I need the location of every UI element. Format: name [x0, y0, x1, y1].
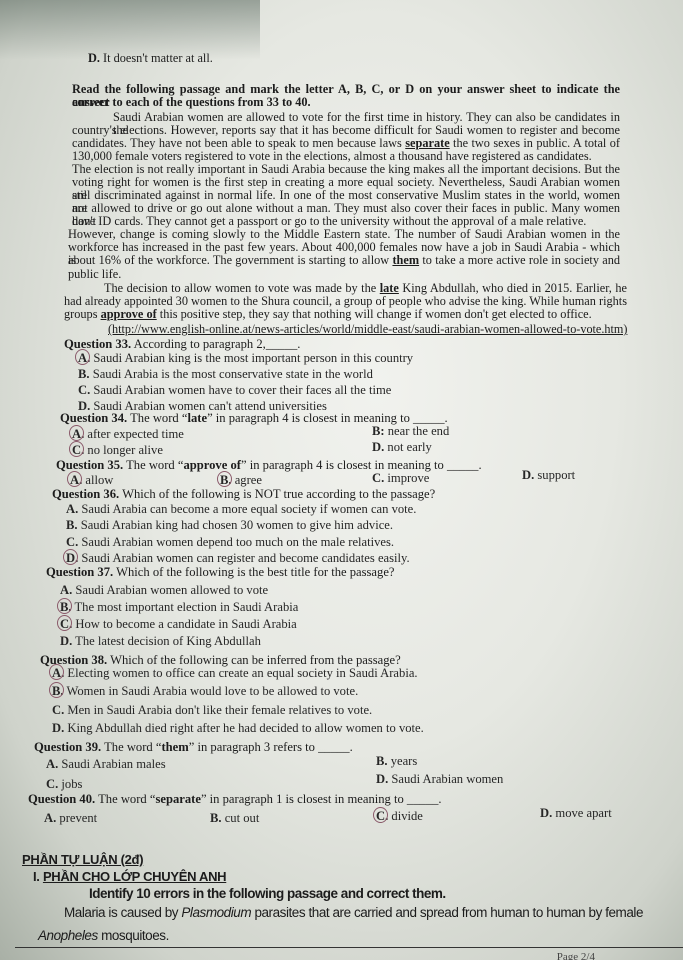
question-40-option-c[interactable]: C. divide	[376, 810, 423, 823]
question-40-option-a[interactable]: A. prevent	[44, 812, 97, 825]
essay-heading: PHẦN TỰ LUẬN (2đ)	[22, 853, 143, 866]
question-34-option-b[interactable]: B: near the end	[372, 425, 449, 438]
option-text: Saudi Arabia can become a more equal soc…	[78, 502, 416, 516]
question-36-option-a[interactable]: A. Saudi Arabia can become a more equal …	[66, 503, 416, 516]
italic-term: Anopheles	[38, 928, 98, 943]
text: the two sexes in public. A total of	[450, 136, 620, 150]
question-text: The word “	[127, 411, 187, 425]
option-text: Saudi Arabian women can register and bec…	[78, 551, 409, 565]
question-number: Question 34.	[60, 411, 127, 425]
question-39-option-d[interactable]: D. Saudi Arabian women	[376, 773, 503, 786]
pen-circled-letter: C.	[376, 809, 388, 823]
essay-subheading: I. PHẦN CHO LỚP CHUYÊN ANH	[33, 870, 226, 883]
question-36-stem: Question 36. Which of the following is N…	[52, 488, 435, 501]
highlighted-word: separate	[405, 136, 449, 150]
option-letter: D.	[60, 634, 72, 648]
text: The decision to allow women to vote was …	[104, 281, 380, 295]
option-letter: C.	[52, 703, 64, 717]
question-39-option-b[interactable]: B. years	[376, 755, 417, 768]
text: to take a more active role in society an…	[419, 253, 620, 267]
option-text: move apart	[552, 806, 611, 820]
keyword: them	[161, 740, 188, 754]
pen-circled-letter: C.	[60, 617, 72, 631]
essay-instruction: Identify 10 errors in the following pass…	[89, 887, 446, 900]
previous-option-d: D. It doesn't matter at all.	[88, 52, 213, 65]
pen-circled-letter: B.	[52, 684, 64, 698]
passage-line: about 16% of the workforce. The governme…	[68, 254, 620, 267]
option-text: support	[534, 468, 575, 482]
option-text: Women in Saudi Arabia would love to be a…	[64, 684, 359, 698]
text: King Abdullah, who died in 2015. Earlier…	[399, 281, 627, 295]
question-36-option-d[interactable]: D. Saudi Arabian women can register and …	[66, 552, 410, 565]
instructions-line-2: answer to each of the questions from 33 …	[72, 96, 311, 109]
question-number: Question 37.	[46, 565, 113, 579]
keyword: separate	[155, 792, 200, 806]
option-letter: D.	[52, 721, 64, 735]
passage-line: public life.	[68, 268, 121, 281]
option-letter: A.	[60, 583, 72, 597]
highlighted-word: them	[392, 253, 419, 267]
question-40-option-b[interactable]: B. cut out	[210, 812, 259, 825]
question-text: ” in paragraph 3 refers to _____.	[189, 740, 353, 754]
question-34-option-c[interactable]: C. no longer alive	[72, 444, 163, 457]
question-34-option-a[interactable]: A. after expected time	[72, 428, 184, 441]
option-text: divide	[388, 809, 423, 823]
option-letter: B:	[372, 424, 385, 438]
question-number: Question 35.	[56, 458, 123, 472]
keyword: approve of	[183, 458, 241, 472]
pen-circled-letter: C.	[72, 443, 84, 457]
option-text: Saudi Arabian women have to cover their …	[90, 383, 391, 397]
option-text: Saudi Arabian women	[388, 772, 503, 786]
option-text: The most important election in Saudi Ara…	[72, 600, 299, 614]
pen-circled-letter: A.	[52, 666, 64, 680]
text: mosquitoes.	[98, 928, 169, 943]
option-letter: A.	[44, 811, 56, 825]
option-text: agree	[232, 473, 262, 487]
question-number: Question 38.	[40, 653, 107, 667]
option-text: Electing women to office can create an e…	[64, 666, 417, 680]
passage-line: groups approve of this positive step, th…	[64, 308, 592, 321]
question-35-option-b[interactable]: B. agree	[220, 474, 262, 487]
pen-circled-letter: D.	[66, 551, 78, 565]
question-38-option-c[interactable]: C. Men in Saudi Arabia don't like their …	[52, 704, 372, 717]
question-text: The word “	[95, 792, 155, 806]
pen-circled-letter: A.	[70, 473, 82, 487]
text: Malaria is caused by	[64, 905, 181, 920]
question-33-option-a[interactable]: A. Saudi Arabian king is the most import…	[78, 352, 413, 365]
option-text: Men in Saudi Arabia don't like their fem…	[64, 703, 372, 717]
text: parasites that are carried and spread fr…	[251, 905, 643, 920]
keyword: late	[187, 411, 207, 425]
essay-passage-line-1: Malaria is caused by Plasmodium parasite…	[64, 906, 643, 919]
option-text: Saudi Arabian king had chosen 30 women t…	[78, 518, 393, 532]
option-letter: B.	[66, 518, 78, 532]
question-40-stem: Question 40. The word “separate” in para…	[28, 793, 442, 806]
subheading-number: I.	[33, 869, 40, 884]
highlighted-word: approve of	[101, 307, 157, 321]
option-text: Saudi Arabian women depend too much on t…	[78, 535, 394, 549]
option-text: Saudi Arabian women allowed to vote	[72, 583, 268, 597]
option-text: King Abdullah died right after he had de…	[64, 721, 424, 735]
text: about 16% of the workforce. The governme…	[68, 253, 392, 267]
option-text: near the end	[385, 424, 450, 438]
pen-circled-letter: A.	[78, 351, 90, 365]
subheading-text: PHẦN CHO LỚP CHUYÊN ANH	[43, 869, 226, 884]
exam-page: D. It doesn't matter at all. Read the fo…	[0, 0, 683, 960]
option-letter: C.	[78, 383, 90, 397]
question-37-option-d[interactable]: D. The latest decision of King Abdullah	[60, 635, 261, 648]
option-text: not early	[384, 440, 432, 454]
question-text: According to paragraph 2,_____.	[131, 337, 300, 351]
question-36-option-b[interactable]: B. Saudi Arabian king had chosen 30 wome…	[66, 519, 393, 532]
question-number: Question 40.	[28, 792, 95, 806]
question-text: ” in paragraph 4 is closest in meaning t…	[241, 458, 482, 472]
pen-circled-letter: A.	[72, 427, 84, 441]
question-36-option-c[interactable]: C. Saudi Arabian women depend too much o…	[66, 536, 394, 549]
question-34-option-d[interactable]: D. not early	[372, 441, 432, 454]
option-text: improve	[384, 471, 429, 485]
question-number: Question 33.	[64, 337, 131, 351]
page-number: Page 2/4	[557, 951, 595, 960]
option-letter: A.	[46, 757, 58, 771]
pen-circled-letter: B.	[60, 600, 72, 614]
option-text: The latest decision of King Abdullah	[72, 634, 261, 648]
option-text: cut out	[222, 811, 260, 825]
question-37-option-a[interactable]: A. Saudi Arabian women allowed to vote	[60, 584, 268, 597]
question-38-option-a[interactable]: A. Electing women to office can create a…	[52, 667, 418, 680]
option-letter: B.	[210, 811, 222, 825]
question-35-option-d[interactable]: D. support	[522, 469, 575, 482]
option-letter: D.	[376, 772, 388, 786]
option-text: How to become a candidate in Saudi Arabi…	[72, 617, 297, 631]
question-40-option-d[interactable]: D. move apart	[540, 807, 612, 820]
question-text: ” in paragraph 4 is closest in meaning t…	[207, 411, 448, 425]
option-letter: C.	[46, 777, 58, 791]
text: candidates. They have not been able to s…	[72, 136, 405, 150]
option-text: allow	[82, 473, 113, 487]
option-text: after expected time	[84, 427, 184, 441]
question-37-stem: Question 37. Which of the following is t…	[46, 566, 395, 579]
option-text: years	[388, 754, 418, 768]
question-number: Question 39.	[34, 740, 101, 754]
option-letter: A.	[66, 502, 78, 516]
highlighted-word: late	[380, 281, 399, 295]
option-letter: B.	[376, 754, 388, 768]
option-letter: D.	[540, 806, 552, 820]
question-39-option-c[interactable]: C. jobs	[46, 778, 82, 791]
italic-term: Plasmodium	[181, 905, 251, 920]
option-letter: D.	[522, 468, 534, 482]
question-37-option-c[interactable]: C. How to become a candidate in Saudi Ar…	[60, 618, 297, 631]
option-text: no longer alive	[84, 443, 163, 457]
option-text: Saudi Arabia is the most conservative st…	[90, 367, 373, 381]
question-text: The word “	[123, 458, 183, 472]
option-text: It doesn't matter at all.	[103, 51, 213, 65]
question-text: Which of the following is NOT true accor…	[119, 487, 435, 501]
option-text: prevent	[56, 811, 97, 825]
option-text: jobs	[58, 777, 82, 791]
question-text: The word “	[101, 740, 161, 754]
question-text: Which of the following can be inferred f…	[107, 653, 401, 667]
option-letter: D.	[88, 51, 100, 65]
text: groups	[64, 307, 101, 321]
text: this positive step, they say that nothin…	[157, 307, 592, 321]
question-text: Which of the following is the best title…	[113, 565, 394, 579]
footer-divider	[15, 947, 683, 948]
option-letter: B.	[78, 367, 90, 381]
question-33-stem: Question 33. According to paragraph 2,__…	[64, 338, 300, 351]
pen-circled-letter: B.	[220, 473, 232, 487]
question-35-option-a[interactable]: A. allow	[70, 474, 113, 487]
option-letter: C.	[372, 471, 384, 485]
option-text: Saudi Arabian males	[58, 757, 165, 771]
question-39-stem: Question 39. The word “them” in paragrap…	[34, 741, 353, 754]
option-letter: C.	[66, 535, 78, 549]
question-35-option-c[interactable]: C. improve	[372, 472, 429, 485]
question-number: Question 36.	[52, 487, 119, 501]
question-33-option-b[interactable]: B. Saudi Arabia is the most conservative…	[78, 368, 373, 381]
source-citation: (http://www.english-online.at/news-artic…	[108, 323, 627, 336]
question-38-option-b[interactable]: B. Women in Saudi Arabia would love to b…	[52, 685, 358, 698]
question-38-option-d[interactable]: D. King Abdullah died right after he had…	[52, 722, 424, 735]
question-37-option-b[interactable]: B. The most important election in Saudi …	[60, 601, 298, 614]
question-text: ” in paragraph 1 is closest in meaning t…	[201, 792, 442, 806]
option-text: Saudi Arabian king is the most important…	[90, 351, 413, 365]
question-39-option-a[interactable]: A. Saudi Arabian males	[46, 758, 166, 771]
essay-passage-line-2: Anopheles mosquitoes.	[38, 929, 169, 942]
option-letter: D.	[372, 440, 384, 454]
question-33-option-c[interactable]: C. Saudi Arabian women have to cover the…	[78, 384, 391, 397]
